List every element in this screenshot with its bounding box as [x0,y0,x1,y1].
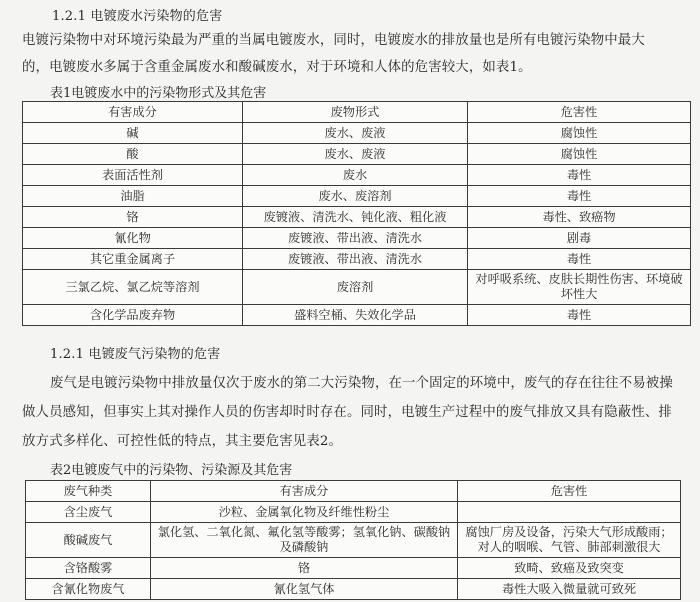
table-cell: 剧毒 [468,228,691,249]
table-cell: 氰化氢气体 [151,579,458,600]
table-cell: 盛料空桶、失效化学品 [243,305,468,326]
table-cell: 酸 [23,144,243,165]
table-row: 含尘废气 沙粒、金属氧化物及纤维性粉尘 [26,502,681,523]
table-cell: 废水、废液 [243,144,468,165]
table-cell: 废水 [243,165,468,186]
header-cell: 有害成分 [151,481,458,502]
header-cell: 废气种类 [26,481,151,502]
section1-heading: 1.2.1 电镀废水污染物的危害 [52,5,222,24]
table-cell: 毒性 [468,305,691,326]
table-cell: 含铬酸雾 [26,558,151,579]
table-cell: 含氰化物废气 [26,579,151,600]
table1-wastewater-pollutants: 有害成分 废物形式 危害性 碱 废水、废液 腐蚀性 酸 废水、废液 腐蚀性 表面… [22,101,691,326]
table-cell [458,502,681,523]
table-cell: 毒性、致癌物 [468,207,691,228]
table-row: 表面活性剂 废水 毒性 [23,165,691,186]
section1-paragraph-line-2: 的，电镀废水多属于含重金属废水和酸碱废水，对于环境和人体的危害较大，如表1。 [22,56,532,75]
table-cell: 铬 [23,207,243,228]
table-cell: 含尘废气 [26,502,151,523]
table-cell: 废水、废溶剂 [243,186,468,207]
table-cell: 毒性 [468,165,691,186]
table-cell: 对呼吸系统、皮肤长期性伤害、环境破坏性大 [468,270,691,305]
table-cell: 铬 [151,558,458,579]
table-cell: 三氯乙烷、氯乙烷等溶剂 [23,270,243,305]
table-row: 其它重金属离子 废镀液、带出液、清洗水 毒性 [23,249,691,270]
table-row: 含氰化物废气 氰化氢气体 毒性大吸入微量就可致死 [26,579,681,600]
table-row: 酸 废水、废液 腐蚀性 [23,144,691,165]
header-cell: 危害性 [458,481,681,502]
section2-paragraph-line-1: 废气是电镀污染物中排放量仅次于废水的第二大污染物，在一个固定的环境中，废气的存在… [50,372,673,391]
table-cell: 废镀液、带出液、清洗水 [243,249,468,270]
table-cell: 废镀液、清洗水、钝化液、粗化液 [243,207,468,228]
table-row: 氰化物 废镀液、带出液、清洗水 剧毒 [23,228,691,249]
table-cell: 氰化物 [23,228,243,249]
table-row: 含铬酸雾 铬 致畸、致癌及致突变 [26,558,681,579]
table-header-row: 废气种类 有害成分 危害性 [26,481,681,502]
table-cell: 油脂 [23,186,243,207]
table-cell: 废溶剂 [243,270,468,305]
table-cell: 废镀液、带出液、清洗水 [243,228,468,249]
table-cell: 含化学品废弃物 [23,305,243,326]
table-row: 铬 废镀液、清洗水、钝化液、粗化液 毒性、致癌物 [23,207,691,228]
table-cell: 腐蚀性 [468,144,691,165]
table-cell: 毒性 [468,249,691,270]
table-row: 含化学品废弃物 盛料空桶、失效化学品 毒性 [23,305,691,326]
header-cell: 废物形式 [243,102,468,123]
table-cell: 毒性 [468,186,691,207]
section2-paragraph-line-2: 做人员感知，但事实上其对操作人员的伤害却时时存在。同时，电镀生产过程中的废气排放… [22,401,672,420]
table-cell: 致畸、致癌及致突变 [458,558,681,579]
table-cell: 碱 [23,123,243,144]
document-page: 1.2.1 电镀废水污染物的危害 电镀污染物中对环境污染最为严重的当属电镀废水，… [0,0,700,602]
section2-paragraph-line-3: 放方式多样化、可控性低的特点，其主要危害见表2。 [22,430,342,449]
table-row: 酸碱废气 氯化氢、二氧化氮、氟化氢等酸雾；氢氧化钠、碳酸钠及磷酸钠 腐蚀厂房及设… [26,523,681,558]
table-cell: 腐蚀厂房及设备，污染大气形成酸雨；对人的咽喉、气管、肺部刺激很大 [458,523,681,558]
table-cell: 酸碱废气 [26,523,151,558]
table-row: 油脂 废水、废溶剂 毒性 [23,186,691,207]
table-cell: 废水、废液 [243,123,468,144]
table-cell: 毒性大吸入微量就可致死 [458,579,681,600]
table-cell: 表面活性剂 [23,165,243,186]
table-row: 三氯乙烷、氯乙烷等溶剂 废溶剂 对呼吸系统、皮肤长期性伤害、环境破坏性大 [23,270,691,305]
table-cell: 其它重金属离子 [23,249,243,270]
section2-heading: 1.2.1 电镀废气污染物的危害 [50,343,220,362]
table2-exhaust-gas-pollutants: 废气种类 有害成分 危害性 含尘废气 沙粒、金属氧化物及纤维性粉尘 酸碱废气 氯… [25,480,681,600]
header-cell: 危害性 [468,102,691,123]
table-cell: 沙粒、金属氧化物及纤维性粉尘 [151,502,458,523]
table-row: 碱 废水、废液 腐蚀性 [23,123,691,144]
table-cell: 腐蚀性 [468,123,691,144]
table-cell: 氯化氢、二氧化氮、氟化氢等酸雾；氢氧化钠、碳酸钠及磷酸钠 [151,523,458,558]
table2-caption: 表2电镀废气中的污染物、污染源及其危害 [50,459,292,478]
section1-paragraph-line-1: 电镀污染物中对环境污染最为严重的当属电镀废水，同时，电镀废水的排放量也是所有电镀… [22,29,645,48]
table1-caption: 表1电镀废水中的污染物形式及其危害 [50,82,266,101]
header-cell: 有害成分 [23,102,243,123]
table-header-row: 有害成分 废物形式 危害性 [23,102,691,123]
